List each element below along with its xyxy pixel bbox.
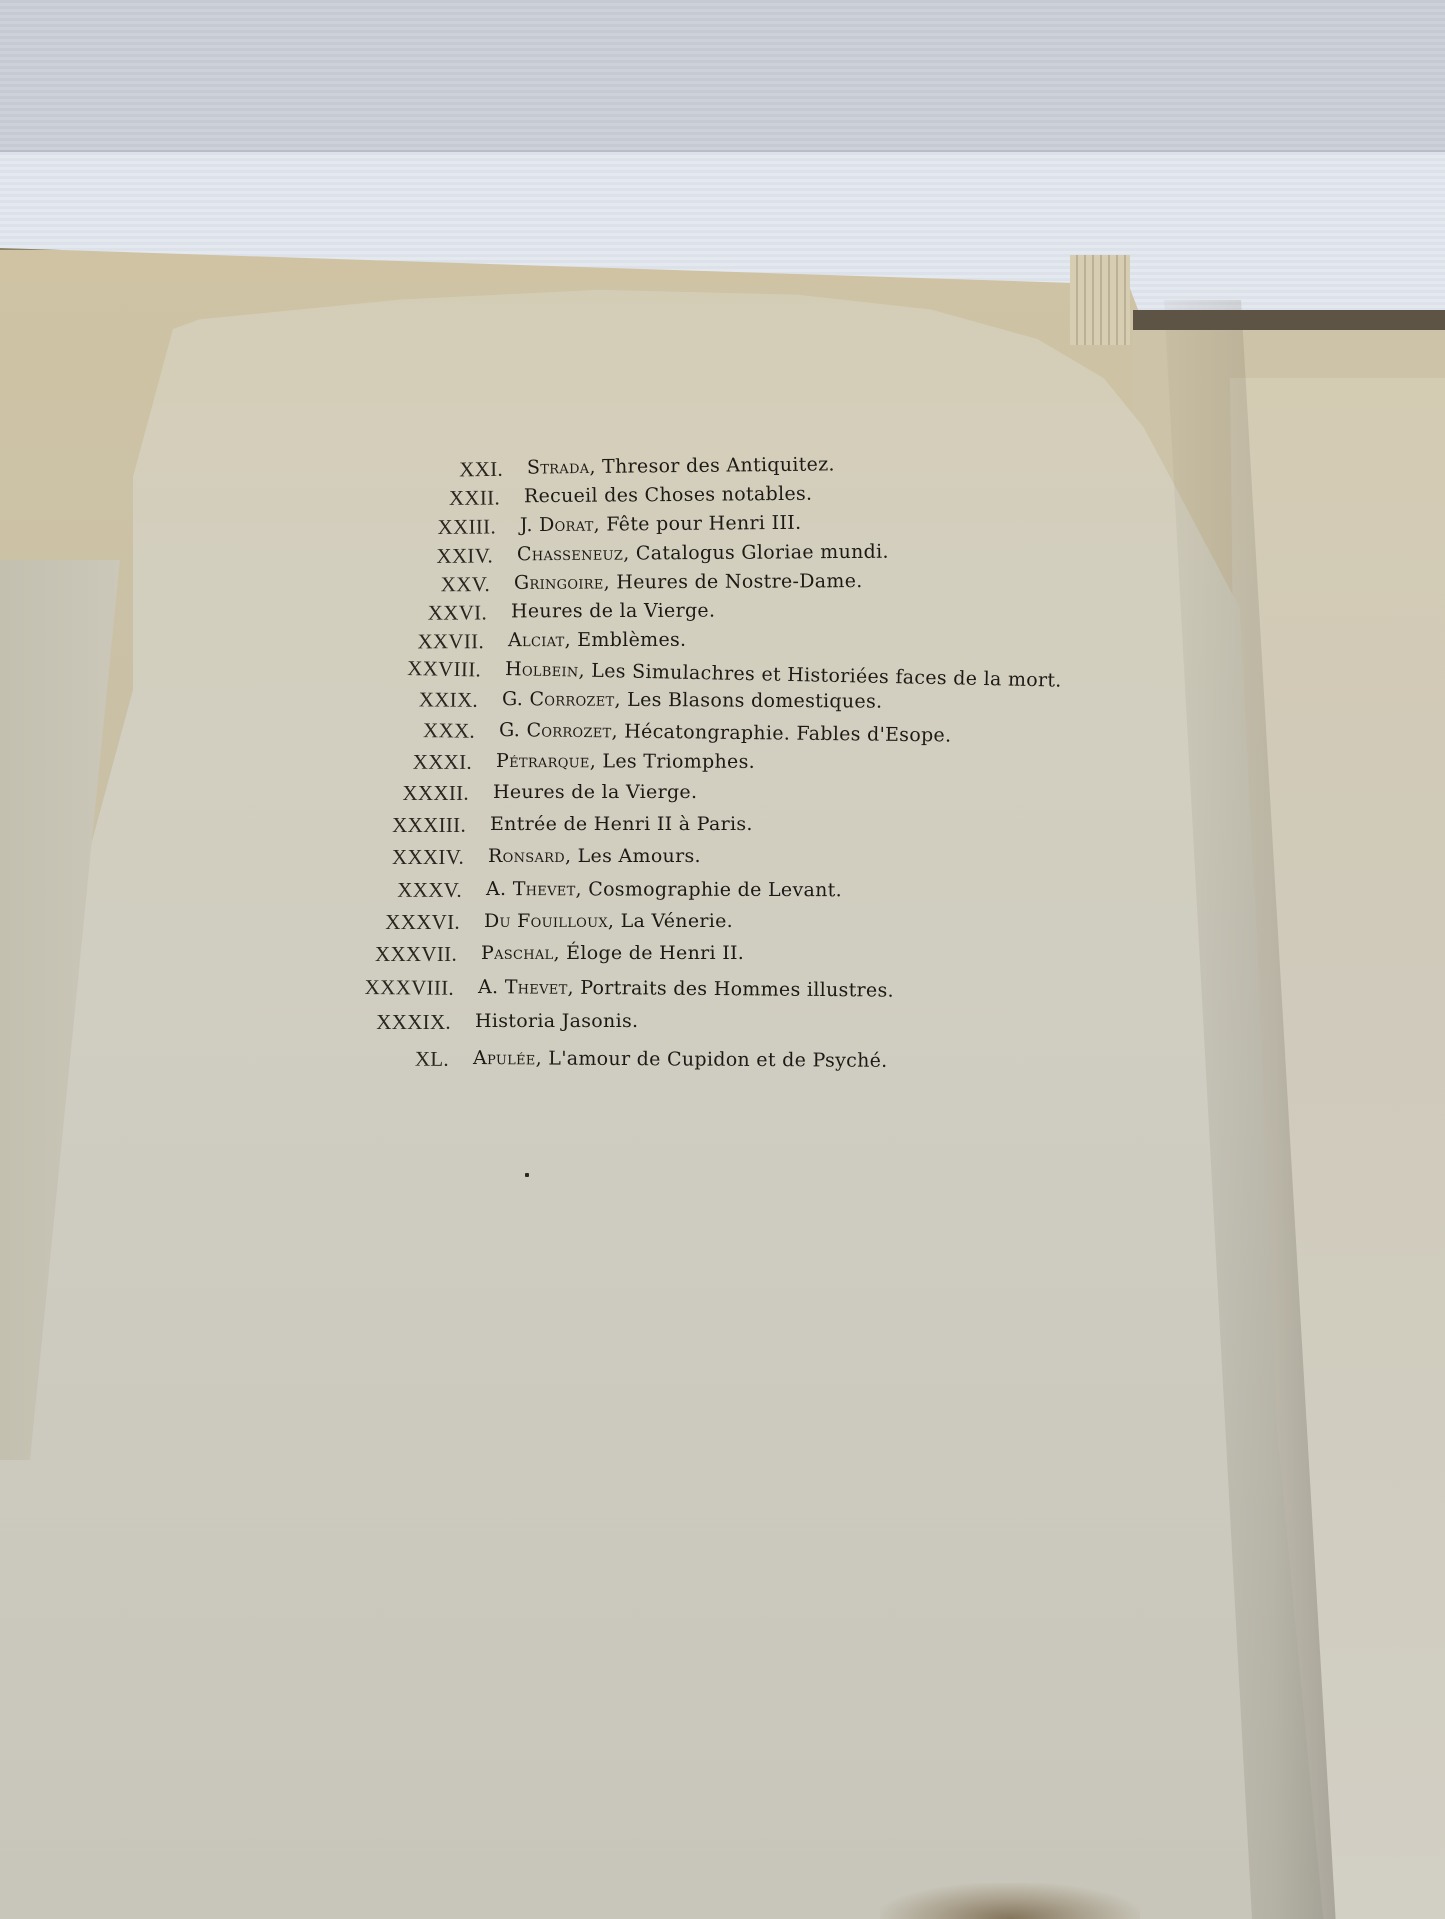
plate-title: Éloge de Henri II. <box>566 942 744 964</box>
plate-author: Alciat, <box>508 629 577 651</box>
plate-numeral: XXXVII. <box>375 942 481 967</box>
plate-numeral: XXXIX. <box>376 1010 475 1035</box>
plate-title: Entrée de Henri II à Paris. <box>490 813 753 835</box>
plate-numeral: XXI. <box>459 457 527 483</box>
plate-numeral: XXII. <box>449 485 524 511</box>
list-item: XXXVII. Paschal, Éloge de Henri II. <box>481 942 744 974</box>
plate-title: Heures de la Vierge. <box>493 781 697 803</box>
plate-author: Chasseneuz, <box>517 542 636 565</box>
plate-numeral: XXXVI. <box>385 910 484 935</box>
plate-title: La Vénerie. <box>621 910 733 932</box>
plate-numeral: XL. <box>415 1047 473 1072</box>
plate-title: Heures de Nostre-Dame. <box>616 570 862 593</box>
plate-title: Fête pour Henri III. <box>606 512 801 536</box>
plate-title: Catalogus Gloriae mundi. <box>636 541 889 565</box>
plate-author: Apulée, <box>473 1047 548 1070</box>
plate-author: Paschal, <box>481 942 566 964</box>
plate-author: Du Fouilloux, <box>484 910 621 932</box>
plate-title: Les Triomphes. <box>602 750 755 773</box>
plate-numeral: XXIX. <box>419 687 502 713</box>
plate-numeral: XXX. <box>423 718 499 744</box>
plate-title: Les Simulachres et Historiées faces de l… <box>591 660 1062 692</box>
plate-numeral: XXVI. <box>428 600 511 625</box>
plate-numeral: XXXIV. <box>392 845 488 870</box>
plate-title: Portraits des Hommes illustres. <box>580 977 894 1002</box>
plate-author: Holbein, <box>505 658 592 682</box>
list-item: XXIX. G. Corrozet, Les Blasons domestiqu… <box>502 688 883 723</box>
list-item: XXXVIII. A. Thevet, Portraits des Hommes… <box>478 976 894 1012</box>
plate-title: Les Amours. <box>578 845 701 867</box>
plate-numeral: XXXIII. <box>392 813 490 838</box>
plate-title: L'amour de Cupidon et de Psyché. <box>548 1048 887 1072</box>
plate-author: Strada, <box>527 456 602 479</box>
plate-numeral: XXXII. <box>402 781 493 806</box>
list-item: XXVII. Alciat, Emblèmes. <box>508 629 686 661</box>
list-item: XXXII. Heures de la Vierge. <box>493 781 697 813</box>
plate-author: Pétrarque, <box>496 750 602 772</box>
plate-numeral: XXVIII. <box>407 656 505 683</box>
plate-numeral: XXIV. <box>436 543 517 569</box>
list-item: XXXIII. Entrée de Henri II à Paris. <box>490 813 753 845</box>
plate-list: XXI. Strada, Thresor des Antiquitez. XXI… <box>0 0 1445 1919</box>
plate-author: G. Corrozet, <box>499 719 624 743</box>
list-item: XXVI. Heures de la Vierge. <box>511 600 715 633</box>
plate-author: J. Dorat, <box>520 513 607 536</box>
plate-title: Historia Jasonis. <box>475 1010 638 1032</box>
plate-author: G. Corrozet, <box>502 688 627 711</box>
list-item: XXXV. A. Thevet, Cosmographie de Levant. <box>486 878 842 911</box>
list-item: XXXVI. Du Fouilloux, La Vénerie. <box>484 910 733 942</box>
plate-numeral: XXIII. <box>437 514 520 540</box>
plate-author: A. Thevet, <box>486 878 588 900</box>
plate-numeral: XXXVIII. <box>365 975 479 1001</box>
plate-title: Recueil des Choses notables. <box>524 483 813 508</box>
list-item: XXXIX. Historia Jasonis. <box>475 1010 638 1042</box>
plate-title: Emblèmes. <box>577 629 686 651</box>
plate-numeral: XXV. <box>441 572 514 597</box>
plate-title: Les Blasons domestiques. <box>627 689 882 713</box>
plate-author: A. Thevet, <box>478 976 580 999</box>
plate-numeral: XXXI. <box>413 750 496 775</box>
list-item: XL. Apulée, L'amour de Cupidon et de Psy… <box>473 1047 888 1082</box>
plate-title: Thresor des Antiquitez. <box>602 453 835 477</box>
list-item: XXXI. Pétrarque, Les Triomphes. <box>496 750 755 783</box>
plate-author: Ronsard, <box>488 845 578 867</box>
plate-numeral: XXXV. <box>397 878 486 903</box>
plate-title: Hécatongraphie. Fables d'Esope. <box>624 721 951 747</box>
plate-author: Gringoire, <box>514 571 616 594</box>
plate-title: Cosmographie de Levant. <box>588 878 842 901</box>
plate-numeral: XXVII. <box>417 629 508 654</box>
plate-title: Heures de la Vierge. <box>511 600 715 623</box>
list-item: XXXIV. Ronsard, Les Amours. <box>488 845 701 877</box>
